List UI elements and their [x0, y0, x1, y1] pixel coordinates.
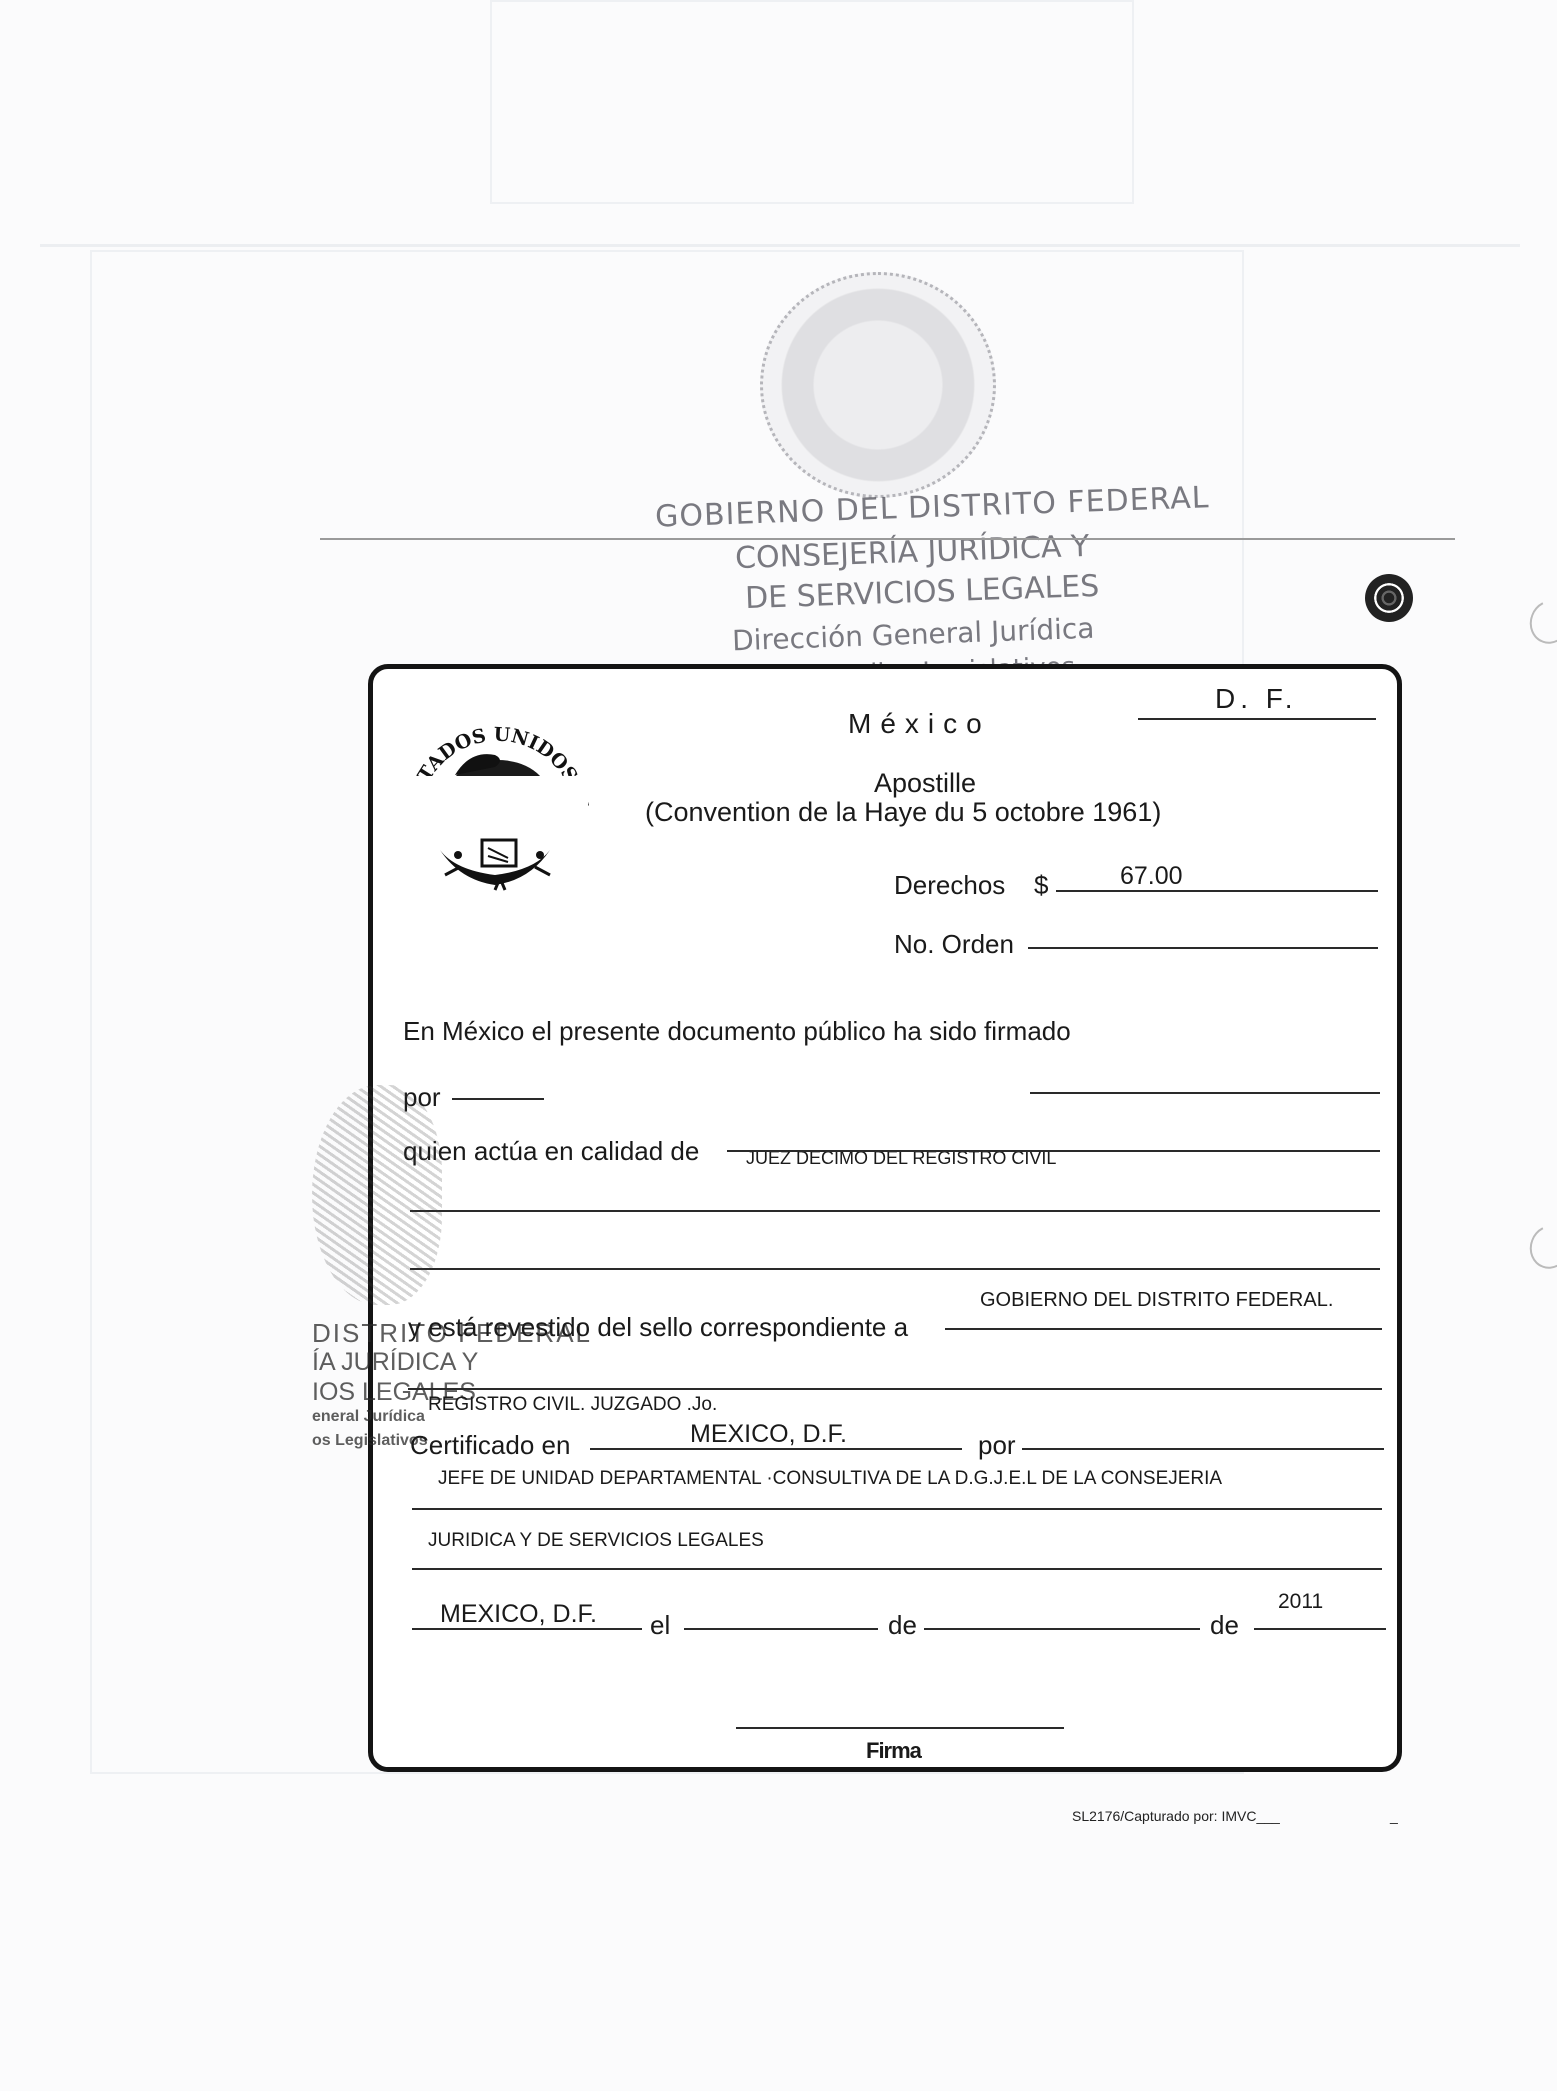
state-label: D. F.	[1215, 683, 1298, 715]
certificado-por-label: por	[978, 1430, 1016, 1461]
por-line	[1030, 1092, 1380, 1094]
derechos-label: Derechos	[894, 870, 1005, 901]
cargo-line-1[interactable]: JEFE DE UNIDAD DEPARTAMENTAL ·CONSULTIVA…	[438, 1468, 1222, 1490]
el-label: el	[650, 1610, 670, 1641]
official-stamp-seal	[760, 272, 996, 498]
sello-line-2	[408, 1388, 1382, 1390]
signature-line	[736, 1727, 1064, 1729]
anio-value[interactable]: 2011	[1278, 1590, 1323, 1614]
derechos-value[interactable]: 67.00	[1120, 862, 1183, 891]
certificado-label: Certificado en	[410, 1430, 570, 1461]
orden-label: No. Orden	[894, 929, 1014, 960]
cargo-line-2[interactable]: JURIDICA Y DE SERVICIOS LEGALES	[428, 1530, 764, 1552]
signature-label: Firma	[866, 1738, 921, 1764]
de-label: de	[888, 1610, 917, 1641]
top-divider	[320, 538, 1455, 540]
certificado-value[interactable]: MEXICO, D.F.	[690, 1420, 847, 1449]
certificado-line	[590, 1448, 962, 1450]
bleed-through-rule	[40, 244, 1520, 247]
derechos-line	[1056, 890, 1378, 892]
footer-dash: _	[1390, 1808, 1398, 1824]
punch-hole-icon	[1524, 594, 1557, 649]
calidad-line-2	[410, 1210, 1380, 1212]
sello-line	[945, 1328, 1382, 1330]
anio-line	[1254, 1628, 1386, 1630]
sello-value-2[interactable]: REGISTRO CIVIL. JUZGADO .Jo.	[428, 1394, 717, 1416]
left-stamp-line-2: ÍA JURÍDICA Y	[312, 1348, 478, 1377]
calidad-line-3	[410, 1268, 1380, 1270]
cargo-rule-1	[412, 1508, 1382, 1510]
country-label: México	[848, 708, 991, 740]
calidad-line	[727, 1150, 1380, 1152]
de2-label: de	[1210, 1610, 1239, 1641]
registry-stamp-seal	[312, 1085, 442, 1305]
document-title: Apostille	[874, 768, 976, 799]
sello-label: y está revestido del sello correspondien…	[408, 1312, 908, 1343]
document-subtitle: (Convention de la Haye du 5 octobre 1961…	[645, 797, 1161, 828]
currency-symbol: $	[1034, 870, 1048, 901]
certificado-por-line	[1022, 1448, 1384, 1450]
sello-value[interactable]: GOBIERNO DEL DISTRITO FEDERAL.	[980, 1289, 1333, 1312]
mes-line	[924, 1628, 1200, 1630]
orden-line	[1028, 947, 1378, 949]
por-line-short	[452, 1098, 544, 1100]
dia-line	[684, 1628, 878, 1630]
sun-emblem-icon	[1365, 574, 1413, 622]
lugar-value[interactable]: MEXICO, D.F.	[440, 1600, 597, 1629]
cargo-rule-2	[412, 1568, 1382, 1570]
intro-text: En México el presente documento público …	[403, 1016, 1071, 1047]
lugar-line	[412, 1628, 642, 1630]
bleed-through-box	[490, 0, 1134, 204]
state-underline	[1138, 718, 1376, 720]
capture-note: SL2176/Capturado por: IMVC___	[1072, 1808, 1280, 1824]
calidad-label: quien actúa en calidad de	[403, 1136, 699, 1167]
punch-hole-icon	[1524, 1219, 1557, 1274]
left-stamp-line-4: eneral Jurídica	[312, 1408, 425, 1426]
seal-redaction	[388, 776, 588, 838]
